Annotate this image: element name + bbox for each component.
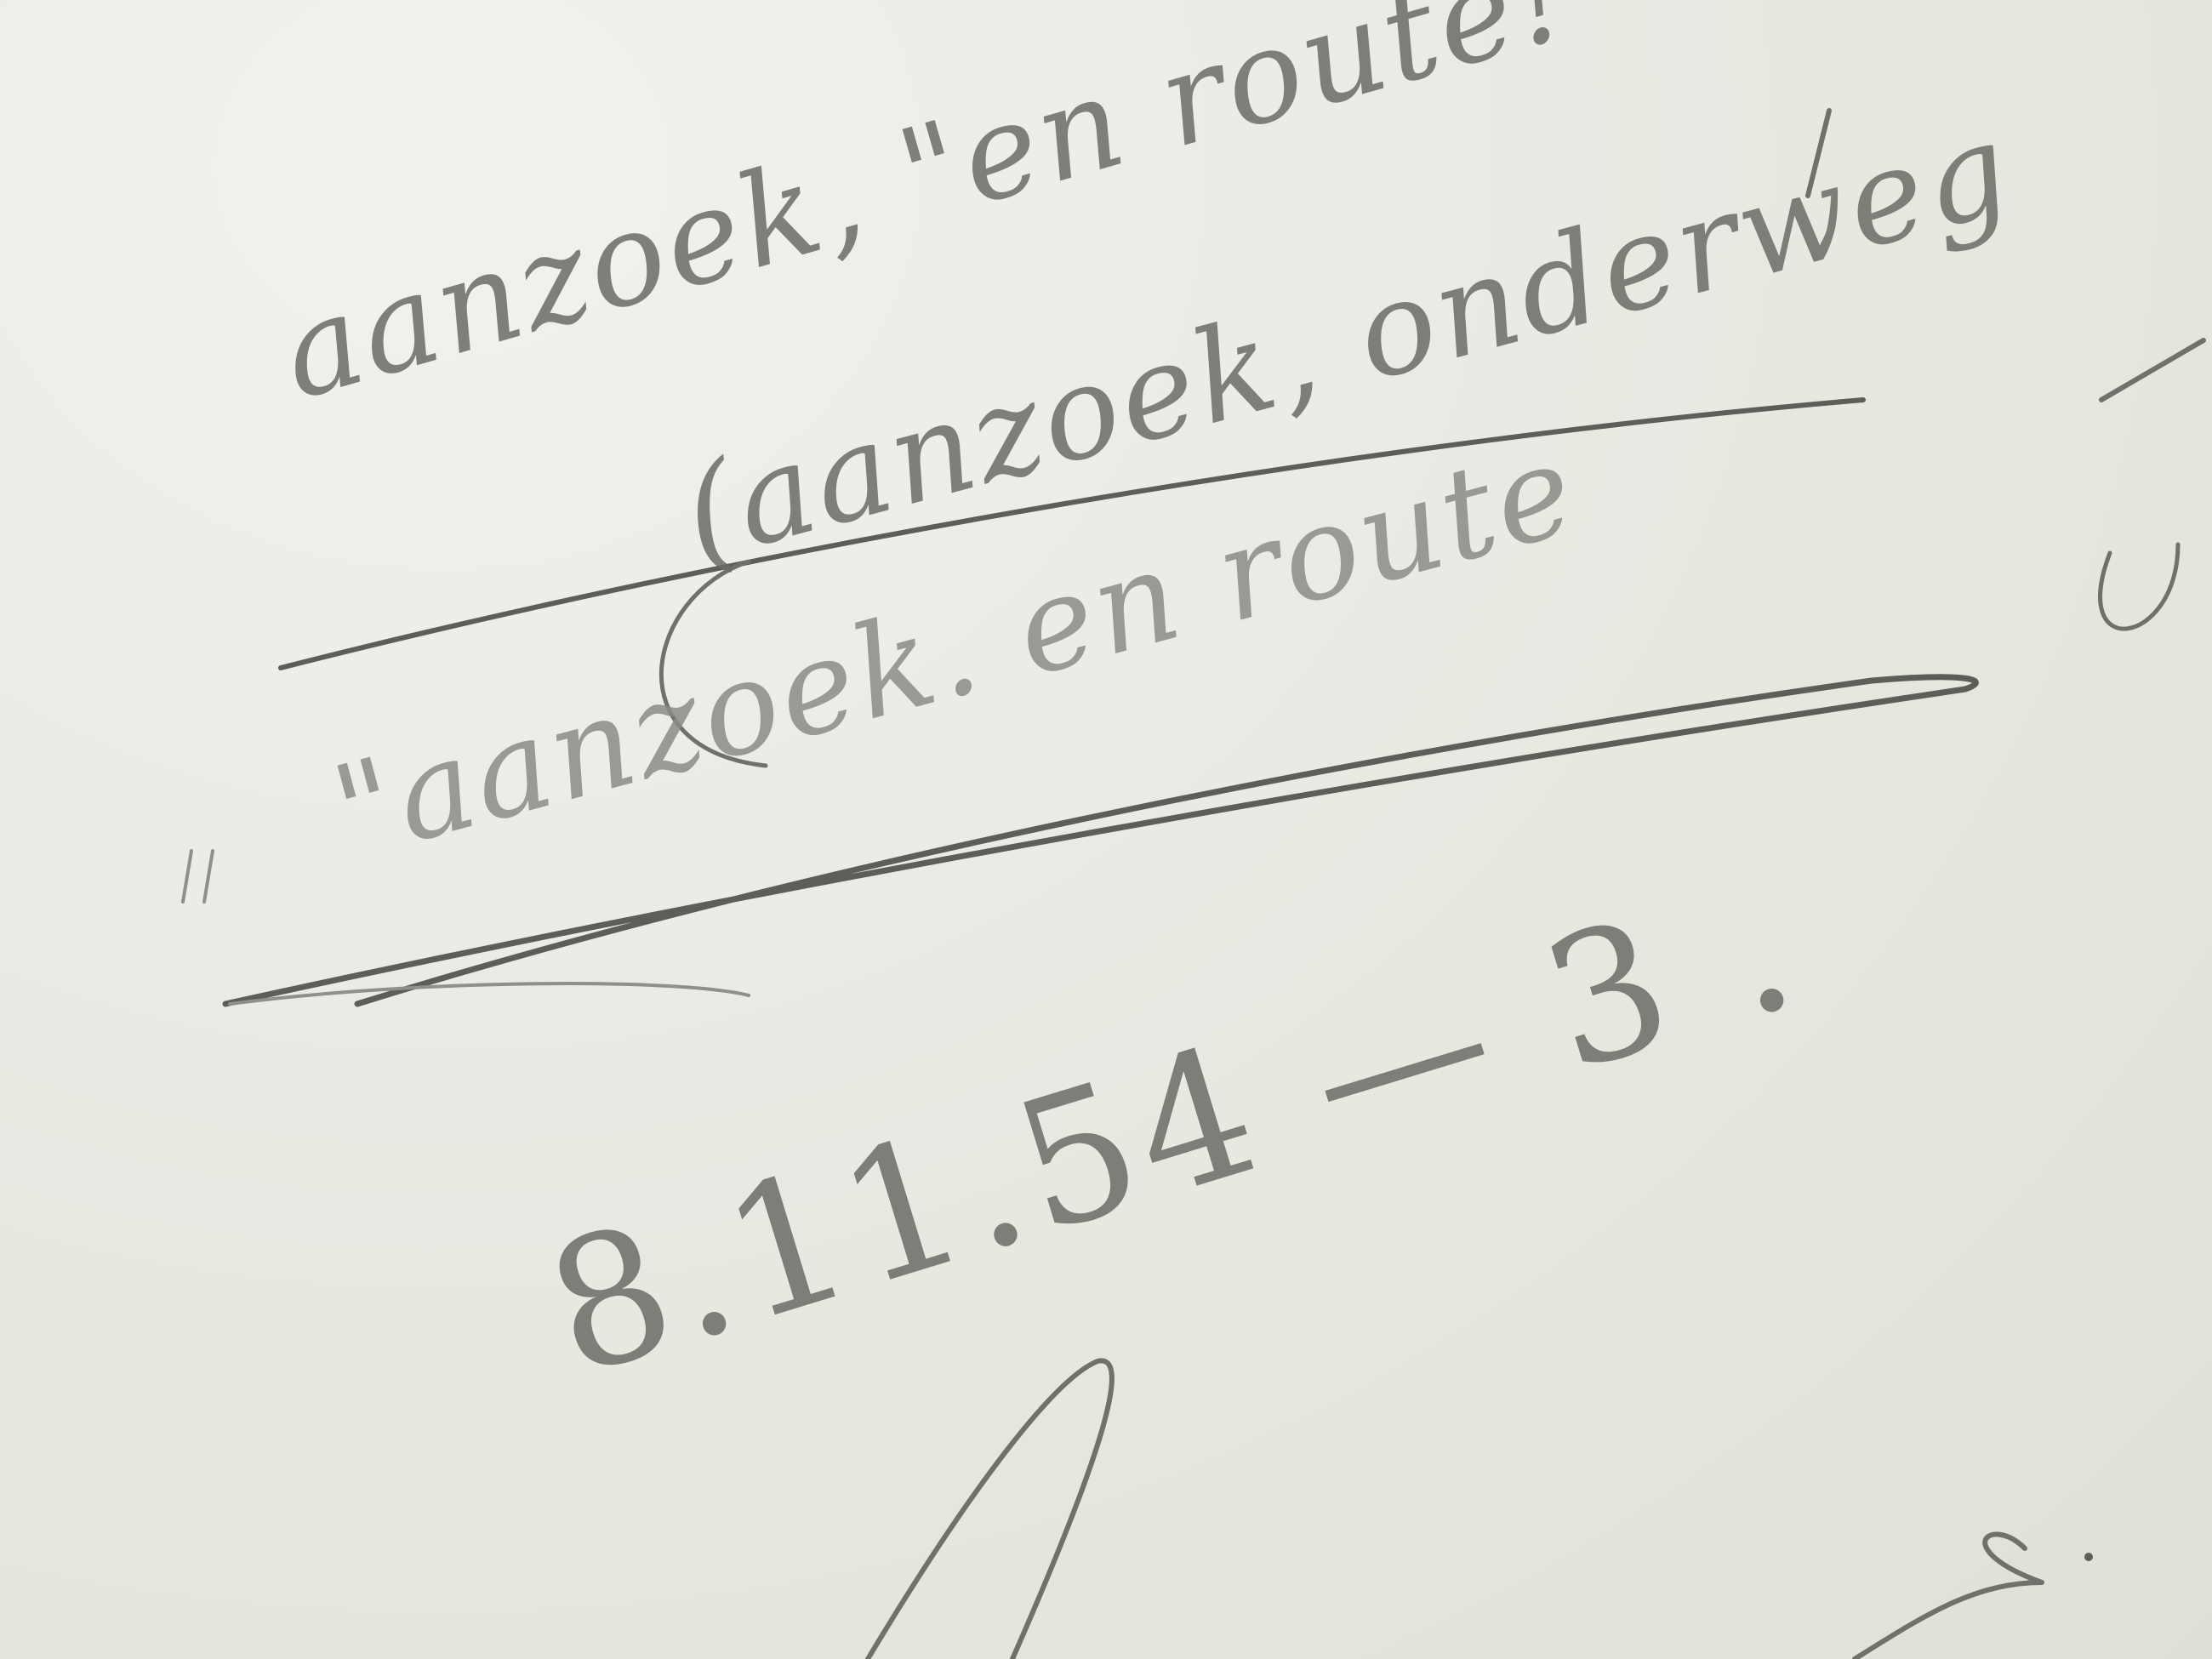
g-descender-stroke xyxy=(2101,544,2178,629)
opening-quote-stroke xyxy=(183,851,213,902)
slash-stroke xyxy=(2101,340,2203,400)
signature-loop-stroke xyxy=(868,1360,1112,1659)
signature-tail-stroke xyxy=(1855,1534,2042,1659)
ink-dot xyxy=(2084,1553,2093,1561)
paper-sheet: aanzoek, "en route!" (aanzoek, onderweg … xyxy=(0,0,2212,1659)
